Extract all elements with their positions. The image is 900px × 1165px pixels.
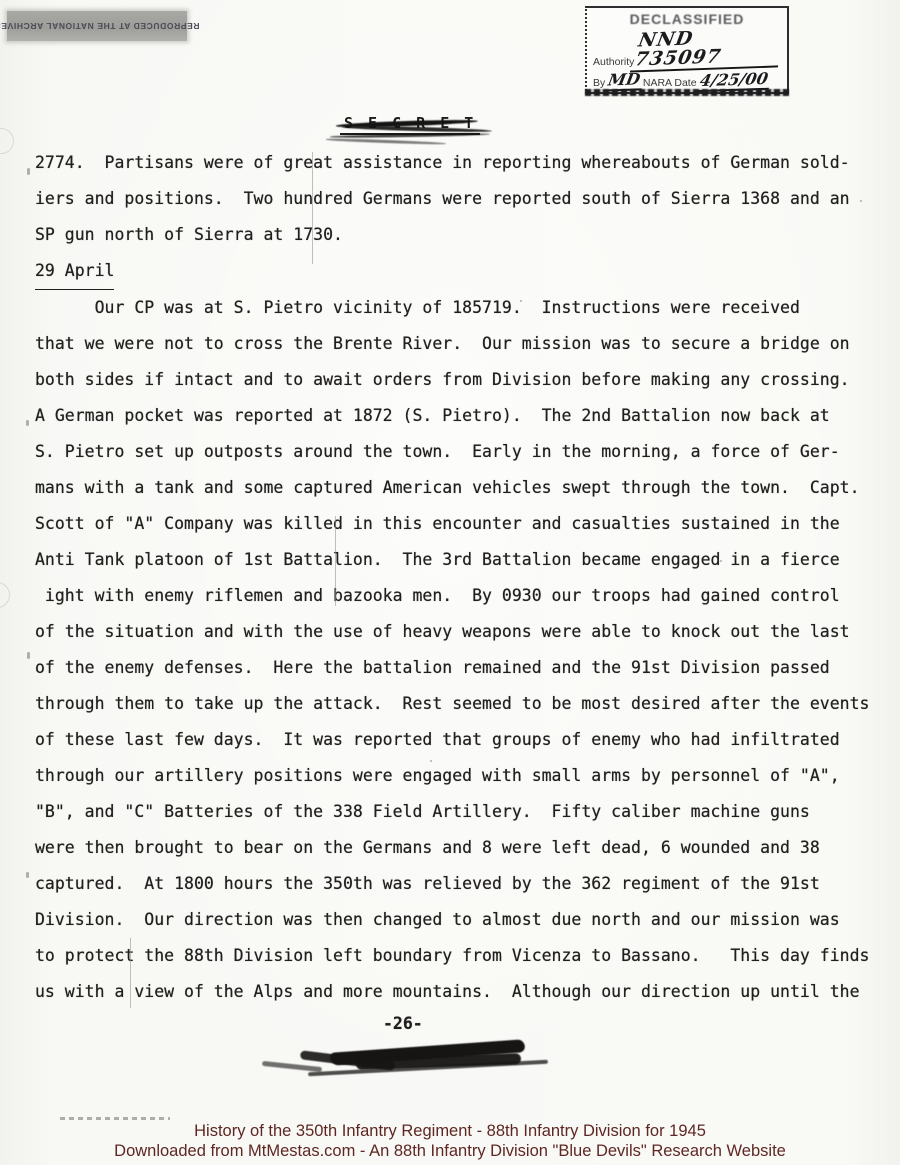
typed-text-line: ight with enemy riflemen and bazooka men… [35, 578, 891, 614]
date-heading-text: 29 April [35, 253, 114, 290]
scan-artifact-line [312, 152, 313, 264]
typed-text-line: that we were not to cross the Brente Riv… [35, 326, 891, 362]
typed-text-line: S. Pietro set up outposts around the tow… [35, 434, 891, 470]
typed-text-line: of the enemy defenses. Here the battalio… [35, 650, 891, 686]
declassified-stamp: DECLASSIFIED Authority NND 735097 By MD … [585, 6, 789, 94]
scan-speck [430, 760, 432, 762]
scan-artifact-line [130, 938, 131, 1008]
typed-text-line: through them to take up the attack. Rest… [35, 686, 891, 722]
scan-artifact-line [335, 516, 336, 606]
paragraph-1: 2774. Partisans were of great assistance… [35, 145, 891, 253]
footer-source: Downloaded from MtMestas.com - An 88th I… [0, 1141, 900, 1161]
punch-hole [0, 128, 14, 154]
typed-text-line: both sides if intact and to await orders… [35, 362, 891, 398]
scan-speck [520, 300, 522, 302]
typed-text-line: us with a view of the Alps and more moun… [35, 974, 891, 1010]
typed-text-line: "B", and "C" Batteries of the 338 Field … [35, 794, 891, 830]
paragraph-2: Our CP was at S. Pietro vicinity of 1857… [35, 290, 891, 1010]
ink-scribble [262, 1061, 322, 1072]
document-page: REPRODUCED AT THE NATIONAL ARCHIVES DECL… [0, 0, 900, 1165]
authority-label: Authority [593, 56, 634, 70]
authority-value-handwritten: NND 735097 [630, 26, 785, 72]
reproduced-at-archives-stamp: REPRODUCED AT THE NATIONAL ARCHIVES [7, 11, 187, 41]
typed-text-line: of these last few days. It was reported … [35, 722, 891, 758]
stamp-smudge [585, 89, 789, 96]
reproduced-stamp-text: REPRODUCED AT THE NATIONAL ARCHIVES [0, 21, 200, 31]
scan-artifact-mark [26, 420, 29, 426]
scan-artifact-mark [27, 168, 30, 175]
typed-text-line: mans with a tank and some captured Ameri… [35, 470, 891, 506]
typed-text-line: A German pocket was reported at 1872 (S.… [35, 398, 891, 434]
scan-speck [720, 560, 722, 562]
typed-text-line: through our artillery positions were eng… [35, 758, 891, 794]
strikethrough-mark [326, 138, 446, 145]
date-heading: 29 April [35, 253, 891, 290]
typed-text-line: Division. Our direction was then changed… [35, 902, 891, 938]
scan-artifact-dashes [60, 1117, 170, 1120]
scan-artifact-mark [27, 652, 30, 659]
site-footer: History of the 350th Infantry Regiment -… [0, 1121, 900, 1161]
declassified-title: DECLASSIFIED [593, 11, 781, 27]
punch-hole [0, 582, 10, 608]
typed-text-line: Our CP was at S. Pietro vicinity of 1857… [35, 290, 891, 326]
typed-text-line: captured. At 1800 hours the 350th was re… [35, 866, 891, 902]
scan-speck [860, 200, 862, 202]
document-body: 2774. Partisans were of great assistance… [35, 145, 891, 1010]
classification-marking: S E C R E T [340, 113, 500, 147]
typed-text-line: were then brought to bear on the Germans… [35, 830, 891, 866]
typed-text-line: SP gun north of Sierra at 1730. [35, 217, 891, 253]
typed-text-line: Anti Tank platoon of 1st Battalion. The … [35, 542, 891, 578]
page-number: -26- [383, 1014, 423, 1033]
typed-text-line: 2774. Partisans were of great assistance… [35, 145, 891, 181]
typed-text-line: iers and positions. Two hundred Germans … [35, 181, 891, 217]
scan-artifact-mark [26, 872, 29, 878]
typed-text-line: Scott of "A" Company was killed in this … [35, 506, 891, 542]
declassified-authority-row: Authority NND 735097 [593, 29, 781, 70]
footer-title: History of the 350th Infantry Regiment -… [0, 1121, 900, 1141]
typed-text-line: of the situation and with the use of hea… [35, 614, 891, 650]
typed-text-line: to protect the 88th Division left bounda… [35, 938, 891, 974]
